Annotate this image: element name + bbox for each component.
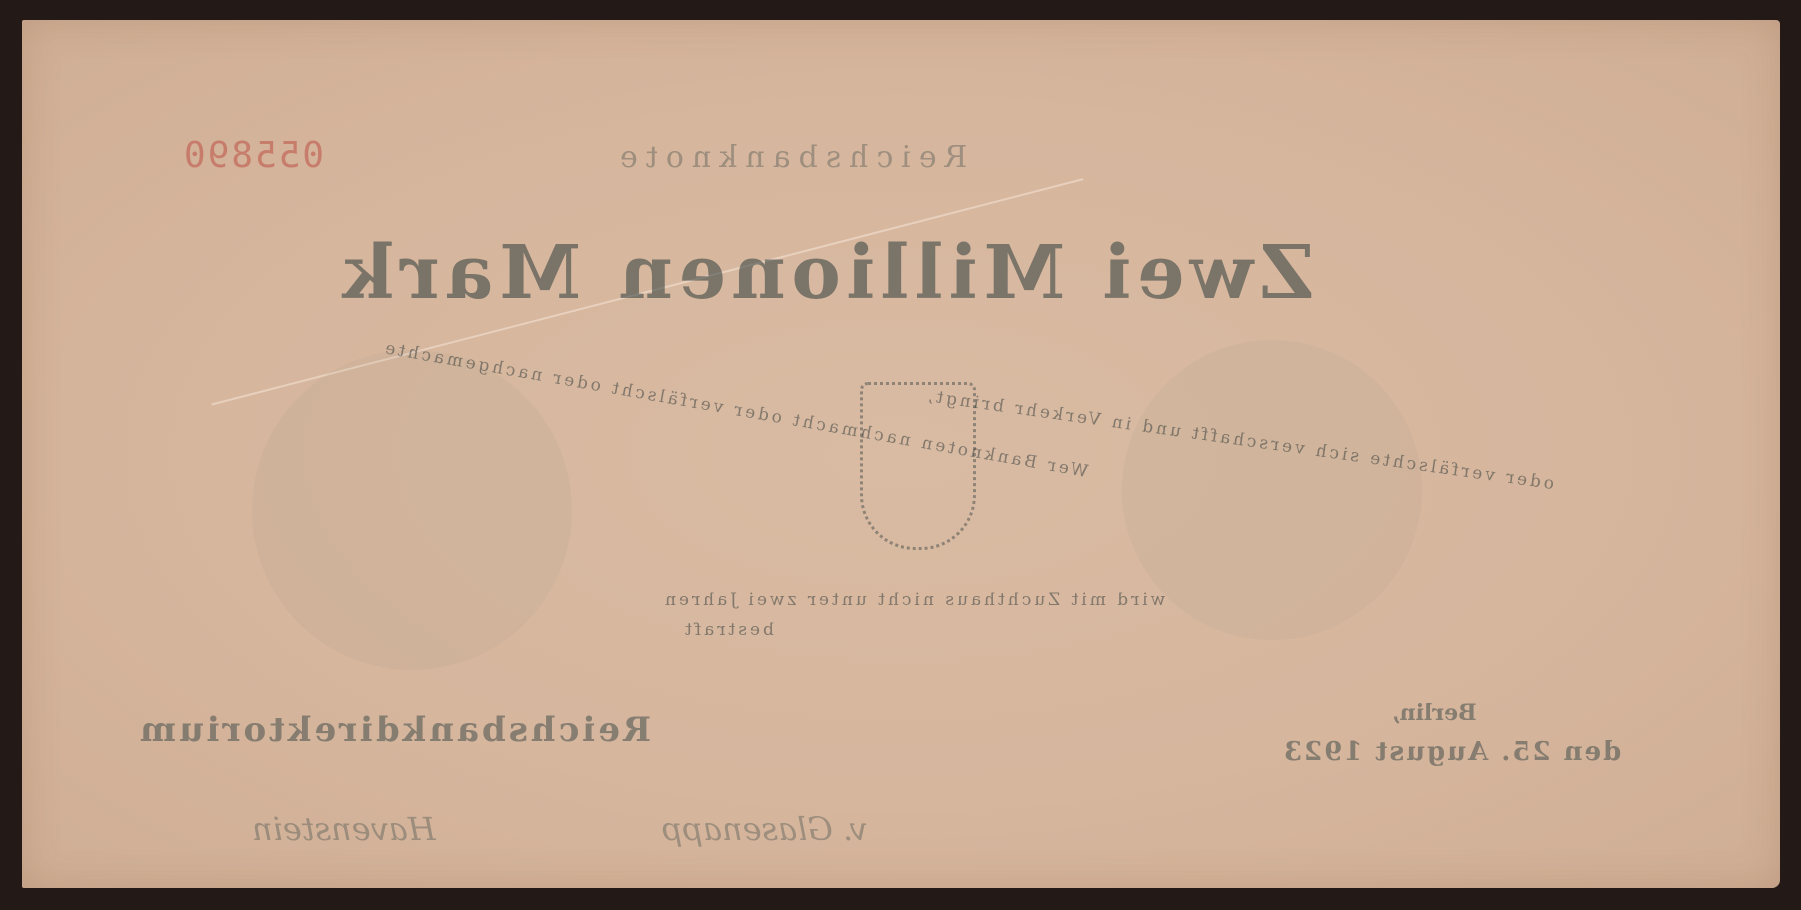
watermark-shadow bbox=[1122, 340, 1422, 640]
header-text: Reichsbanknote bbox=[612, 140, 967, 175]
issuer-text: Reichsbankdirektorium bbox=[137, 710, 651, 750]
signature: v. Glasenapp bbox=[662, 810, 868, 848]
banknote-paper: 055890 Reichsbanknote Zwei Millionen Mar… bbox=[22, 20, 1780, 888]
warning-text-line: bestraft bbox=[682, 620, 774, 640]
serial-number: 055890 bbox=[182, 135, 324, 176]
signature: Havenstein bbox=[252, 810, 436, 848]
date-text: den 25. August 1923 bbox=[1282, 737, 1621, 767]
watermark-shadow bbox=[252, 350, 572, 670]
denomination-text: Zwei Millionen Mark bbox=[337, 230, 1314, 316]
warning-text-line: wird mit Zuchthaus nicht unter zwei Jahr… bbox=[662, 590, 1165, 610]
place-text: Berlin, bbox=[1392, 700, 1477, 726]
